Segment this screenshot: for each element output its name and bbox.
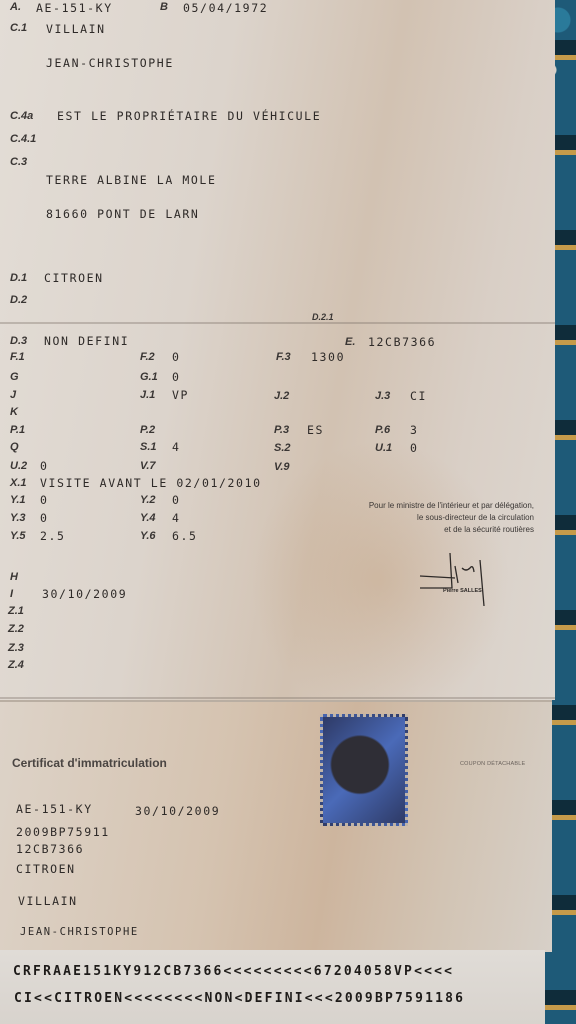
field-label-y2: Y.2 (140, 494, 156, 506)
field-label-e: E. (345, 336, 355, 348)
field-label-h: H (10, 571, 18, 583)
field-label-g1: G.1 (140, 371, 158, 383)
field-label-z3: Z.3 (8, 642, 24, 654)
coupon-date: 30/10/2009 (135, 804, 220, 818)
field-label-y4: Y.4 (140, 512, 156, 524)
y3-value: 0 (40, 511, 49, 525)
coupon-firstname: JEAN-CHRISTOPHE (20, 926, 139, 938)
field-label-z1: Z.1 (8, 605, 24, 617)
y5-value: 2.5 (40, 529, 66, 543)
field-label-k: K (10, 406, 18, 418)
owner-status: EST LE PROPRIÉTAIRE DU VÉHICULE (57, 109, 321, 123)
signature-block: Pour le ministre de l'intérieur et par d… (369, 500, 534, 536)
field-label-j3: J.3 (375, 390, 390, 402)
signatory-name: Pierre SALLES (443, 588, 482, 594)
u2-value: 0 (40, 459, 49, 473)
first-registration-date: 05/04/1972 (183, 1, 268, 15)
field-label-s1: S.1 (140, 441, 157, 453)
field-label-u1: U.1 (375, 442, 392, 454)
commercial-name: NON DEFINI (44, 334, 129, 348)
certificate-date: 30/10/2009 (42, 587, 127, 601)
hologram-stamp (320, 714, 408, 826)
field-label-c1: C.1 (10, 22, 27, 34)
holder-firstname: JEAN-CHRISTOPHE (46, 56, 174, 70)
field-label-d3: D.3 (10, 335, 27, 347)
field-label-p3: P.3 (274, 424, 289, 436)
field-label-y5: Y.5 (10, 530, 26, 542)
y1-value: 0 (40, 493, 49, 507)
field-label-d1: D.1 (10, 272, 27, 284)
certificate-title: Certificat d'immatriculation (12, 756, 167, 770)
j1-value: VP (172, 388, 189, 402)
mrz-line-2: CI<<CITROEN<<<<<<<<NON<DEFINI<<<2009BP75… (14, 991, 465, 1006)
field-label-y6: Y.6 (140, 530, 156, 542)
u1-value: 0 (410, 441, 419, 455)
field-label-d21: D.2.1 (312, 312, 334, 322)
field-label-j1: J.1 (140, 389, 155, 401)
coupon-plate: AE-151-KY (16, 802, 93, 816)
y6-value: 6.5 (172, 529, 198, 543)
y4-value: 4 (172, 511, 181, 525)
field-label-d2: D.2 (10, 294, 27, 306)
field-label-f1: F.1 (10, 351, 25, 363)
field-label-j: J (10, 389, 16, 401)
technical-inspection: VISITE AVANT LE 02/01/2010 (40, 476, 262, 490)
field-label-y3: Y.3 (10, 512, 26, 524)
g1-value: 0 (172, 370, 181, 384)
field-label-y1: Y.1 (10, 494, 26, 506)
field-label-u2: U.2 (10, 460, 27, 472)
signature-line-3: et de la sécurité routières (369, 524, 534, 536)
field-label-v7: V.7 (140, 460, 156, 472)
coupon-surname: VILLAIN (18, 894, 78, 908)
field-label-c41: C.4.1 (10, 133, 36, 145)
plate-number: AE-151-KY (36, 1, 113, 15)
field-label-c3: C.3 (10, 156, 27, 168)
field-label-f3: F.3 (276, 351, 291, 363)
field-label-i: I (10, 588, 13, 600)
field-label-v9: V.9 (274, 461, 290, 473)
field-label-x1: X.1 (10, 477, 27, 489)
address-line-2: 81660 PONT DE LARN (46, 207, 199, 221)
coupon-label: COUPON DÉTACHABLE (460, 761, 525, 767)
fold-line (0, 322, 555, 324)
coupon-type-code: 12CB7366 (16, 842, 84, 856)
s1-value: 4 (172, 440, 181, 454)
field-label-f2: F.2 (140, 351, 155, 363)
holder-surname: VILLAIN (46, 22, 106, 36)
field-label-j2: J.2 (274, 390, 289, 402)
field-label-q: Q (10, 441, 19, 453)
mrz-strip (0, 950, 545, 1024)
p6-value: 3 (410, 423, 419, 437)
y2-value: 0 (172, 493, 181, 507)
signature-line-2: le sous-directeur de la circulation (369, 512, 534, 524)
coupon-formula: 2009BP75911 (16, 825, 110, 839)
mrz-line-1: CRFRAAE151KY912CB7366<<<<<<<<<67204058VP… (13, 964, 454, 979)
f3-value: 1300 (311, 350, 345, 364)
field-label-z2: Z.2 (8, 623, 24, 635)
field-label-z4: Z.4 (8, 659, 24, 671)
field-label-p2: P.2 (140, 424, 155, 436)
field-label-a: A. (10, 1, 21, 13)
vehicle-make: CITROEN (44, 271, 104, 285)
fold-line (0, 697, 555, 699)
field-label-p6: P.6 (375, 424, 390, 436)
address-line-1: TERRE ALBINE LA MOLE (46, 173, 216, 187)
f2-value: 0 (172, 350, 181, 364)
field-label-s2: S.2 (274, 442, 291, 454)
signature-line-1: Pour le ministre de l'intérieur et par d… (369, 500, 534, 512)
signature-scribble (400, 548, 500, 608)
vin-type: 12CB7366 (368, 335, 436, 349)
field-label-c4a: C.4a (10, 110, 33, 122)
field-label-b: B (160, 1, 168, 13)
field-label-p1: P.1 (10, 424, 25, 436)
j3-value: CI (410, 389, 427, 403)
coupon-make: CITROEN (16, 862, 76, 876)
p3-value: ES (307, 423, 324, 437)
field-label-g: G (10, 371, 19, 383)
